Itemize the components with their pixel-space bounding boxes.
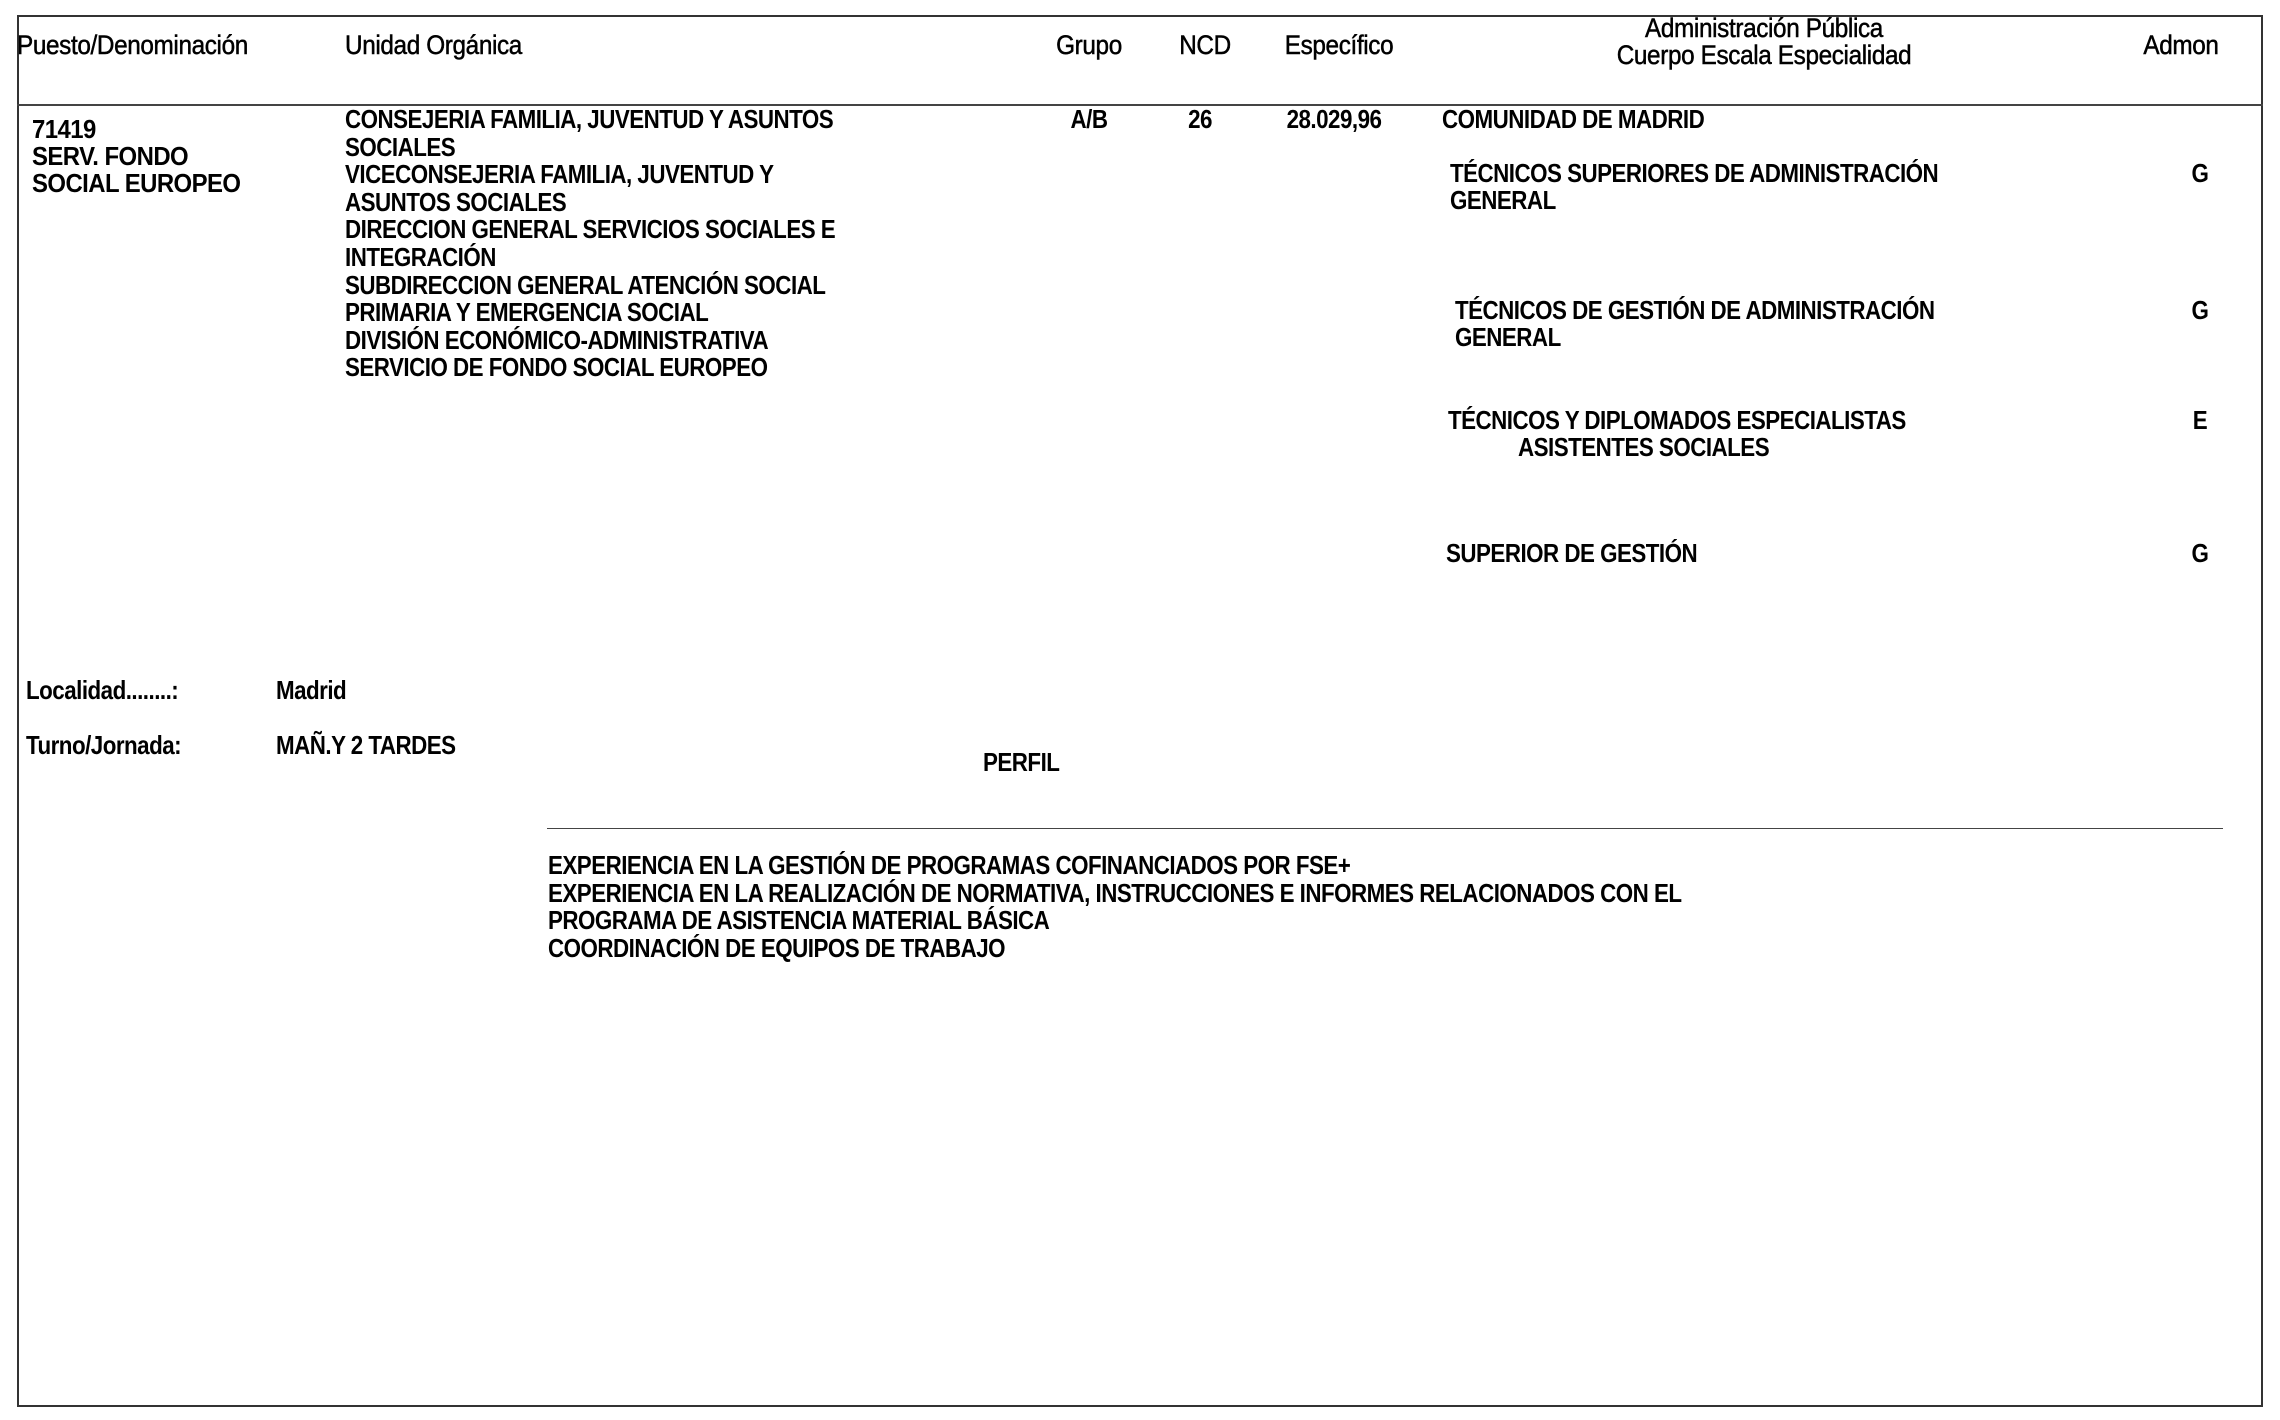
cuerpo-2-admon: G	[2183, 297, 2217, 325]
perfil-line: EXPERIENCIA EN LA GESTIÓN DE PROGRAMAS C…	[548, 852, 1350, 880]
unidad-line: DIVISIÓN ECONÓMICO-ADMINISTRATIVA	[345, 327, 768, 355]
header-cuerpo-escala: Cuerpo Escala Especialidad	[1584, 42, 1944, 70]
header-especifico: Específico	[1267, 32, 1411, 60]
header-grupo: Grupo	[1035, 32, 1143, 60]
cuerpo-4-line1: SUPERIOR DE GESTIÓN	[1446, 540, 1697, 568]
perfil-line: EXPERIENCIA EN LA REALIZACIÓN DE NORMATI…	[548, 880, 1682, 908]
unidad-line: DIRECCION GENERAL SERVICIOS SOCIALES E	[345, 216, 835, 244]
unidad-line: PRIMARIA Y EMERGENCIA SOCIAL	[345, 299, 708, 327]
especifico-value: 28.029,96	[1270, 106, 1399, 134]
cuerpo-3-admon: E	[2183, 407, 2217, 435]
header-puesto: Puesto/Denominación	[17, 32, 248, 60]
localidad-label: Localidad........:	[26, 677, 178, 705]
grupo-value: A/B	[1055, 106, 1124, 134]
cuerpo-1-admon: G	[2183, 160, 2217, 188]
unidad-line: CONSEJERIA FAMILIA, JUVENTUD Y ASUNTOS	[345, 106, 833, 134]
cuerpo-3-line2: ASISTENTES SOCIALES	[1518, 434, 1769, 462]
localidad-value: Madrid	[276, 677, 346, 705]
ncd-value: 26	[1170, 106, 1230, 134]
puesto-code: 71419	[32, 116, 96, 144]
cuerpo-1-line2: GENERAL	[1450, 187, 1556, 215]
puesto-name-line2: SOCIAL EUROPEO	[32, 170, 240, 198]
cuerpo-2-line1: TÉCNICOS DE GESTIÓN DE ADMINISTRACIÓN	[1455, 297, 1934, 325]
unidad-line: SERVICIO DE FONDO SOCIAL EUROPEO	[345, 354, 767, 382]
administracion-value: COMUNIDAD DE MADRID	[1442, 106, 1704, 134]
puesto-name-line1: SERV. FONDO	[32, 143, 188, 171]
unidad-line: ASUNTOS SOCIALES	[345, 189, 566, 217]
turno-value: MAÑ.Y 2 TARDES	[276, 732, 456, 760]
perfil-title: PERFIL	[983, 749, 1059, 777]
unidad-line: SUBDIRECCION GENERAL ATENCIÓN SOCIAL	[345, 272, 825, 300]
header-administracion: Administración Pública	[1584, 15, 1944, 43]
cuerpo-1-line1: TÉCNICOS SUPERIORES DE ADMINISTRACIÓN	[1450, 160, 1938, 188]
cuerpo-4-admon: G	[2183, 540, 2217, 568]
unidad-line: SOCIALES	[345, 134, 455, 162]
header-ncd: NCD	[1160, 32, 1250, 60]
unidad-line: INTEGRACIÓN	[345, 244, 496, 272]
header-unidad: Unidad Orgánica	[345, 32, 522, 60]
unidad-line: VICECONSEJERIA FAMILIA, JUVENTUD Y	[345, 161, 773, 189]
perfil-line: COORDINACIÓN DE EQUIPOS DE TRABAJO	[548, 935, 1005, 963]
cuerpo-2-line2: GENERAL	[1455, 324, 1561, 352]
cuerpo-3-line1: TÉCNICOS Y DIPLOMADOS ESPECIALISTAS	[1448, 407, 1906, 435]
perfil-line: PROGRAMA DE ASISTENCIA MATERIAL BÁSICA	[548, 907, 1049, 935]
turno-label: Turno/Jornada:	[26, 732, 181, 760]
header-admon: Admon	[2136, 32, 2226, 60]
perfil-divider	[547, 828, 2223, 829]
